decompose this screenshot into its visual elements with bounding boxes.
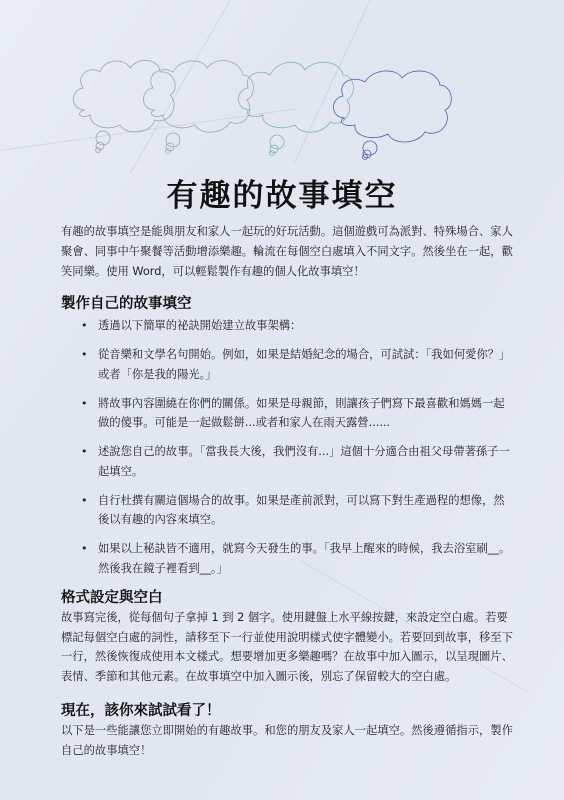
section-paragraph: 以下是一些能讓您立即開始的有趣故事。和您的朋友及家人一起填空。然後遵循指示，製作… [61,721,514,761]
section-paragraph: 故事寫完後，從每個句子拿掉 1 到 2 個字。使用鍵盤上水平線按鍵，來設定空白處… [61,608,514,687]
section-heading: 製作自己的故事填空 [61,294,514,314]
page-title: 有趣的故事填空 [0,170,564,215]
bullet-icon: • [81,316,88,336]
section-heading: 現在，該你來試試看了！ [61,701,514,721]
list-item: •述說您自己的故事。「當我長大後，我們沒有...」這個十分適合由祖父母帶著孫子一… [83,442,514,481]
bullet-icon: • [81,491,88,511]
list-item: •從音樂和文學名句開始。例如，如果是結婚紀念的場合，可試試：「我如何愛你？」或者… [83,345,514,384]
section-heading: 格式設定與空白 [61,588,514,608]
list-item: •自行杜撰有關這個場合的故事。如果是產前派對，可以寫下對生產過程的想像，然後以有… [83,491,514,530]
thought-bubble-icon [143,61,253,154]
bullet-icon: • [81,539,88,559]
list-item: •將故事內容圍繞在你們的關係。如果是母親節，則讓孩子們寫下最喜歡和媽媽一起做的傻… [83,394,514,433]
bullet-icon: • [81,442,88,462]
thought-bubble-icon [73,60,175,152]
intro-paragraph: 有趣的故事填空是能與朋友和家人一起玩的好玩活動。這個遊戲可為派對、特殊場合、家人… [61,222,514,281]
list-item: •透過以下簡單的祕訣開始建立故事架構： [83,316,514,336]
thought-bubble-icon [238,62,353,155]
list-item: •如果以上秘訣皆不適用，就寫今天發生的事。「我早上醒來的時候，我去浴室刷__。然… [83,539,514,578]
thought-bubble-icon [333,71,451,160]
tips-list: •透過以下簡單的祕訣開始建立故事架構： •從音樂和文學名句開始。例如，如果是結婚… [61,316,514,578]
thought-bubbles-decoration [55,30,475,160]
bullet-icon: • [81,394,88,414]
bullet-icon: • [81,345,88,365]
document-page: 有趣的故事填空 有趣的故事填空是能與朋友和家人一起玩的好玩活動。這個遊戲可為派對… [0,0,564,800]
document-body: 有趣的故事填空是能與朋友和家人一起玩的好玩活動。這個遊戲可為派對、特殊場合、家人… [61,222,514,761]
